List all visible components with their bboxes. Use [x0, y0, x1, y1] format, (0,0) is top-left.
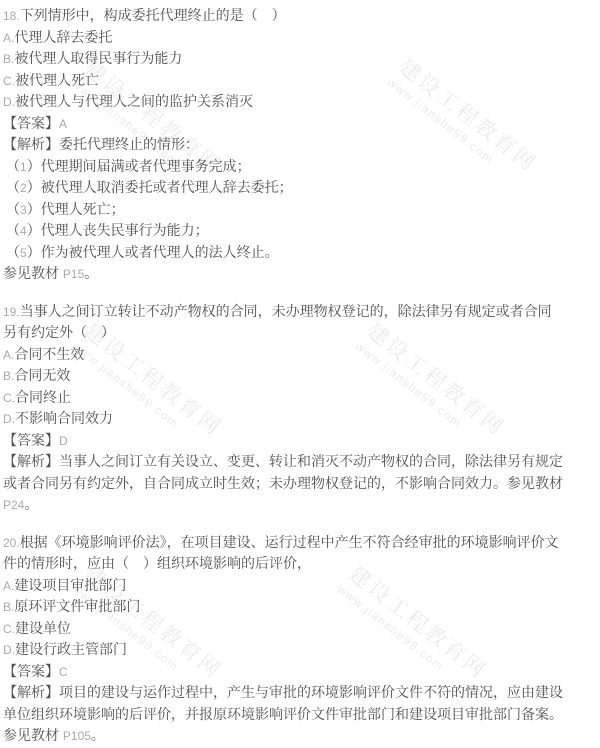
analysis-line: 或者合同另有约定外，自合同成立时生效；未办理物权登记的，不影响合同效力。参见教材	[3, 473, 596, 495]
latin-text: D.	[3, 643, 15, 657]
chinese-text: 被代理人与代理人之间的监护关系消灭	[15, 93, 253, 109]
option-c: C.建设单位	[3, 618, 596, 640]
latin-text: C.	[3, 622, 15, 636]
chinese-text: 【答案】	[3, 115, 59, 131]
chinese-text: 建设项目审批部门	[14, 577, 126, 593]
chinese-text: 。	[24, 496, 38, 512]
chinese-text: （	[6, 222, 20, 238]
reference-line: 参见教材 P105。	[3, 725, 596, 747]
answer-line: 【答案】C	[3, 661, 596, 683]
chinese-text: 下列情形中，构成委托代理终止的是（ ）	[20, 7, 286, 23]
latin-text: C.	[3, 391, 15, 405]
question-block-18: 18.下列情形中，构成委托代理终止的是（ ）A.代理人辞去委托B.被代理人取得民…	[3, 5, 596, 285]
answer-line: 【答案】D	[3, 430, 596, 452]
chinese-text: ）代理人死亡；	[27, 201, 125, 217]
option-b: B.合同无效	[3, 365, 596, 387]
chinese-text: 件的情形时，应由（ ）组织环境影响的后评价，	[3, 555, 311, 571]
latin-text: 4	[20, 224, 27, 238]
chinese-text: 【答案】	[3, 663, 59, 679]
chinese-text: 合同无效	[14, 367, 70, 383]
latin-text: A.	[3, 31, 14, 45]
chinese-text: 另有约定外（ ）	[3, 324, 115, 340]
chinese-text: （	[6, 179, 20, 195]
question-stem: 19.当事人之间订立转让不动产物权的合同，未办理物权登记的，除法律另有规定或者合…	[3, 301, 596, 323]
option-a: A.合同不生效	[3, 344, 596, 366]
chinese-text: 建设单位	[15, 620, 71, 636]
analysis-line: 【解析】项目的建设与运作过程中，产生与审批的环境影响评价文件不符的情况，应由建设	[3, 682, 596, 704]
latin-text: C	[59, 665, 68, 679]
chinese-text: 原环评文件审批部门	[14, 598, 140, 614]
chinese-text: 参见教材	[3, 265, 63, 281]
latin-text: B.	[3, 369, 14, 383]
latin-text: 1	[20, 160, 27, 174]
reference-line: 参见教材 P15。	[3, 263, 596, 285]
question-block-20: 20.根据《环境影响评价法》，在项目建设、运行过程中产生不符合经审批的环境影响评…	[3, 532, 596, 747]
chinese-text: 不影响合同效力	[15, 410, 113, 426]
latin-text: A	[59, 117, 67, 131]
latin-text: 2	[20, 181, 27, 195]
chinese-text: 【解析】项目的建设与运作过程中，产生与审批的环境影响评价文件不符的情况，应由建设	[3, 684, 563, 700]
chinese-text: 【答案】	[3, 432, 59, 448]
chinese-text: ）代理人丧失民事行为能力；	[27, 222, 209, 238]
latin-text: D	[59, 434, 68, 448]
analysis-line: 【解析】委托代理终止的情形：	[3, 134, 596, 156]
latin-text: A.	[3, 348, 14, 362]
chinese-text: （	[6, 158, 20, 174]
latin-text: 3	[20, 203, 27, 217]
analysis-item: （5）作为被代理人或者代理人的法人终止。	[3, 242, 596, 264]
analysis-line: 单位组织环境影响的后评价，并报原环境影响评价文件审批部门和建设项目审批部门备案。	[3, 704, 596, 726]
chinese-text: 【解析】委托代理终止的情形：	[3, 136, 199, 152]
reference-line: P24。	[3, 494, 596, 516]
analysis-line: 【解析】当事人之间订立有关设立、变更、转让和消灭不动产物权的合同，除法律另有规定	[3, 451, 596, 473]
chinese-text: 单位组织环境影响的后评价，并报原环境影响评价文件审批部门和建设项目审批部门备案。	[3, 706, 563, 722]
latin-text: C.	[3, 74, 15, 88]
chinese-text: （	[6, 244, 20, 260]
chinese-text: ）作为被代理人或者代理人的法人终止。	[27, 244, 279, 260]
latin-text: 19.	[3, 305, 20, 319]
questions-content: 18.下列情形中，构成委托代理终止的是（ ）A.代理人辞去委托B.被代理人取得民…	[0, 0, 600, 747]
latin-text: D.	[3, 412, 15, 426]
chinese-text: 被代理人取得民事行为能力	[14, 50, 182, 66]
option-d: D.被代理人与代理人之间的监护关系消灭	[3, 91, 596, 113]
chinese-text: 。	[91, 727, 105, 743]
latin-text: 18.	[3, 9, 20, 23]
latin-text: B.	[3, 600, 14, 614]
chinese-text: 根据《环境影响评价法》，在项目建设、运行过程中产生不符合经审批的环境影响评价文	[20, 534, 559, 550]
chinese-text: 合同不生效	[14, 346, 84, 362]
latin-text: P24	[3, 498, 24, 512]
question-stem-cont: 件的情形时，应由（ ）组织环境影响的后评价，	[3, 553, 596, 575]
analysis-item: （1）代理期间届满或者代理事务完成；	[3, 156, 596, 178]
answer-line: 【答案】A	[3, 113, 596, 135]
latin-text: 20.	[3, 536, 20, 550]
chinese-text: ）被代理人取消委托或者代理人辞去委托；	[27, 179, 293, 195]
option-c: C.合同终止	[3, 387, 596, 409]
latin-text: 5	[20, 246, 27, 260]
chinese-text: 。	[84, 265, 98, 281]
chinese-text: ）代理期间届满或者代理事务完成；	[27, 158, 251, 174]
chinese-text: 被代理人死亡	[15, 72, 99, 88]
question-stem: 20.根据《环境影响评价法》，在项目建设、运行过程中产生不符合经审批的环境影响评…	[3, 532, 596, 554]
latin-text: B.	[3, 52, 14, 66]
document-page: 建设工程教育网www.jianshe99.com建设工程教育网www.jians…	[0, 0, 600, 748]
option-a: A.代理人辞去委托	[3, 27, 596, 49]
latin-text: A.	[3, 579, 14, 593]
latin-text: D.	[3, 95, 15, 109]
latin-text: P15	[63, 267, 84, 281]
latin-text: P105	[63, 729, 91, 743]
analysis-item: （4）代理人丧失民事行为能力；	[3, 220, 596, 242]
chinese-text: 参见教材	[3, 727, 63, 743]
chinese-text: 当事人之间订立转让不动产物权的合同，未办理物权登记的，除法律另有规定或者合同	[20, 303, 552, 319]
option-d: D.不影响合同效力	[3, 408, 596, 430]
chinese-text: 代理人辞去委托	[14, 29, 112, 45]
analysis-item: （2）被代理人取消委托或者代理人辞去委托；	[3, 177, 596, 199]
option-b: B.原环评文件审批部门	[3, 596, 596, 618]
option-d: D.建设行政主管部门	[3, 639, 596, 661]
analysis-item: （3）代理人死亡；	[3, 199, 596, 221]
chinese-text: 【解析】当事人之间订立有关设立、变更、转让和消灭不动产物权的合同，除法律另有规定	[3, 453, 563, 469]
chinese-text: 或者合同另有约定外，自合同成立时生效；未办理物权登记的，不影响合同效力。参见教材	[3, 475, 563, 491]
question-block-19: 19.当事人之间订立转让不动产物权的合同，未办理物权登记的，除法律另有规定或者合…	[3, 301, 596, 516]
question-stem: 18.下列情形中，构成委托代理终止的是（ ）	[3, 5, 596, 27]
chinese-text: 合同终止	[15, 389, 71, 405]
question-stem-cont: 另有约定外（ ）	[3, 322, 596, 344]
option-b: B.被代理人取得民事行为能力	[3, 48, 596, 70]
chinese-text: （	[6, 201, 20, 217]
option-c: C.被代理人死亡	[3, 70, 596, 92]
chinese-text: 建设行政主管部门	[15, 641, 127, 657]
option-a: A.建设项目审批部门	[3, 575, 596, 597]
